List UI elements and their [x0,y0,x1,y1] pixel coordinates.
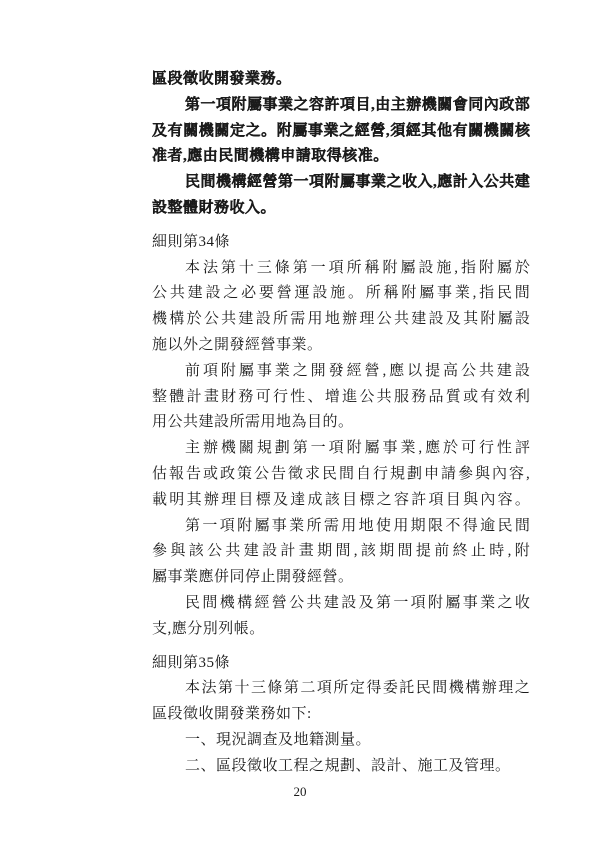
text-line: 屬事業應併同停止開發經營。 [152,565,530,591]
text-line: 估報告或政策公告徵求民間自行規劃申請參與內容, [152,462,530,488]
text-line: 第一項附屬事業之容許項目,由主辦機關會同內政部 [152,93,530,119]
text-line: 二、區段徵收工程之規劃、設計、施工及管理。 [152,754,530,780]
text-line: 整體計畫財務可行性、增進公共服務品質或有效利 [152,385,530,411]
page-number: 20 [0,784,600,800]
document-page: 區段徵收開發業務。第一項附屬事業之容許項目,由主辦機關會同內政部及有關機關定之。… [0,0,600,848]
text-line: 第一項附屬事業所需用地使用期限不得逾民間 [152,514,530,540]
text-line: 公共建設之必要營運設施。所稱附屬事業,指民間 [152,281,530,307]
text-line: 施以外之開發經營事業。 [152,333,530,359]
text-line: 本法第十三條第二項所定得委託民間機構辦理之 [152,676,530,702]
text-line: 民間機構經營第一項附屬事業之收入,應計入公共建 [152,170,530,196]
text-line: 設整體財務收入。 [152,196,530,222]
text-line: 區段徵收開發業務如下: [152,702,530,728]
text-line: 載明其辦理目標及達成該目標之容許項目與內容。 [152,488,530,514]
text-line: 前項附屬事業之開發經營,應以提高公共建設 [152,359,530,385]
text-line: 一、現況調查及地籍測量。 [152,728,530,754]
text-line: 機構於公共建設所需用地辦理公共建設及其附屬設 [152,307,530,333]
text-line: 區段徵收開發業務。 [152,67,530,93]
text-line: 及有關機關定之。附屬事業之經營,須經其他有關機關核 [152,119,530,145]
text-line: 主辦機關規劃第一項附屬事業,應於可行性評 [152,436,530,462]
text-line: 支,應分別列帳。 [152,617,530,643]
text-line: 民間機構經營公共建設及第一項附屬事業之收 [152,591,530,617]
document-body: 區段徵收開發業務。第一項附屬事業之容許項目,由主辦機關會同內政部及有關機關定之。… [152,67,530,780]
text-line: 參與該公共建設計畫期間,該期間提前終止時,附 [152,539,530,565]
text-line: 准者,應由民間機構申請取得核准。 [152,144,530,170]
text-line: 細則第34條 [152,230,530,256]
text-line: 細則第35條 [152,651,530,677]
text-line: 用公共建設所需用地為目的。 [152,410,530,436]
text-line: 本法第十三條第一項所稱附屬設施,指附屬於 [152,256,530,282]
